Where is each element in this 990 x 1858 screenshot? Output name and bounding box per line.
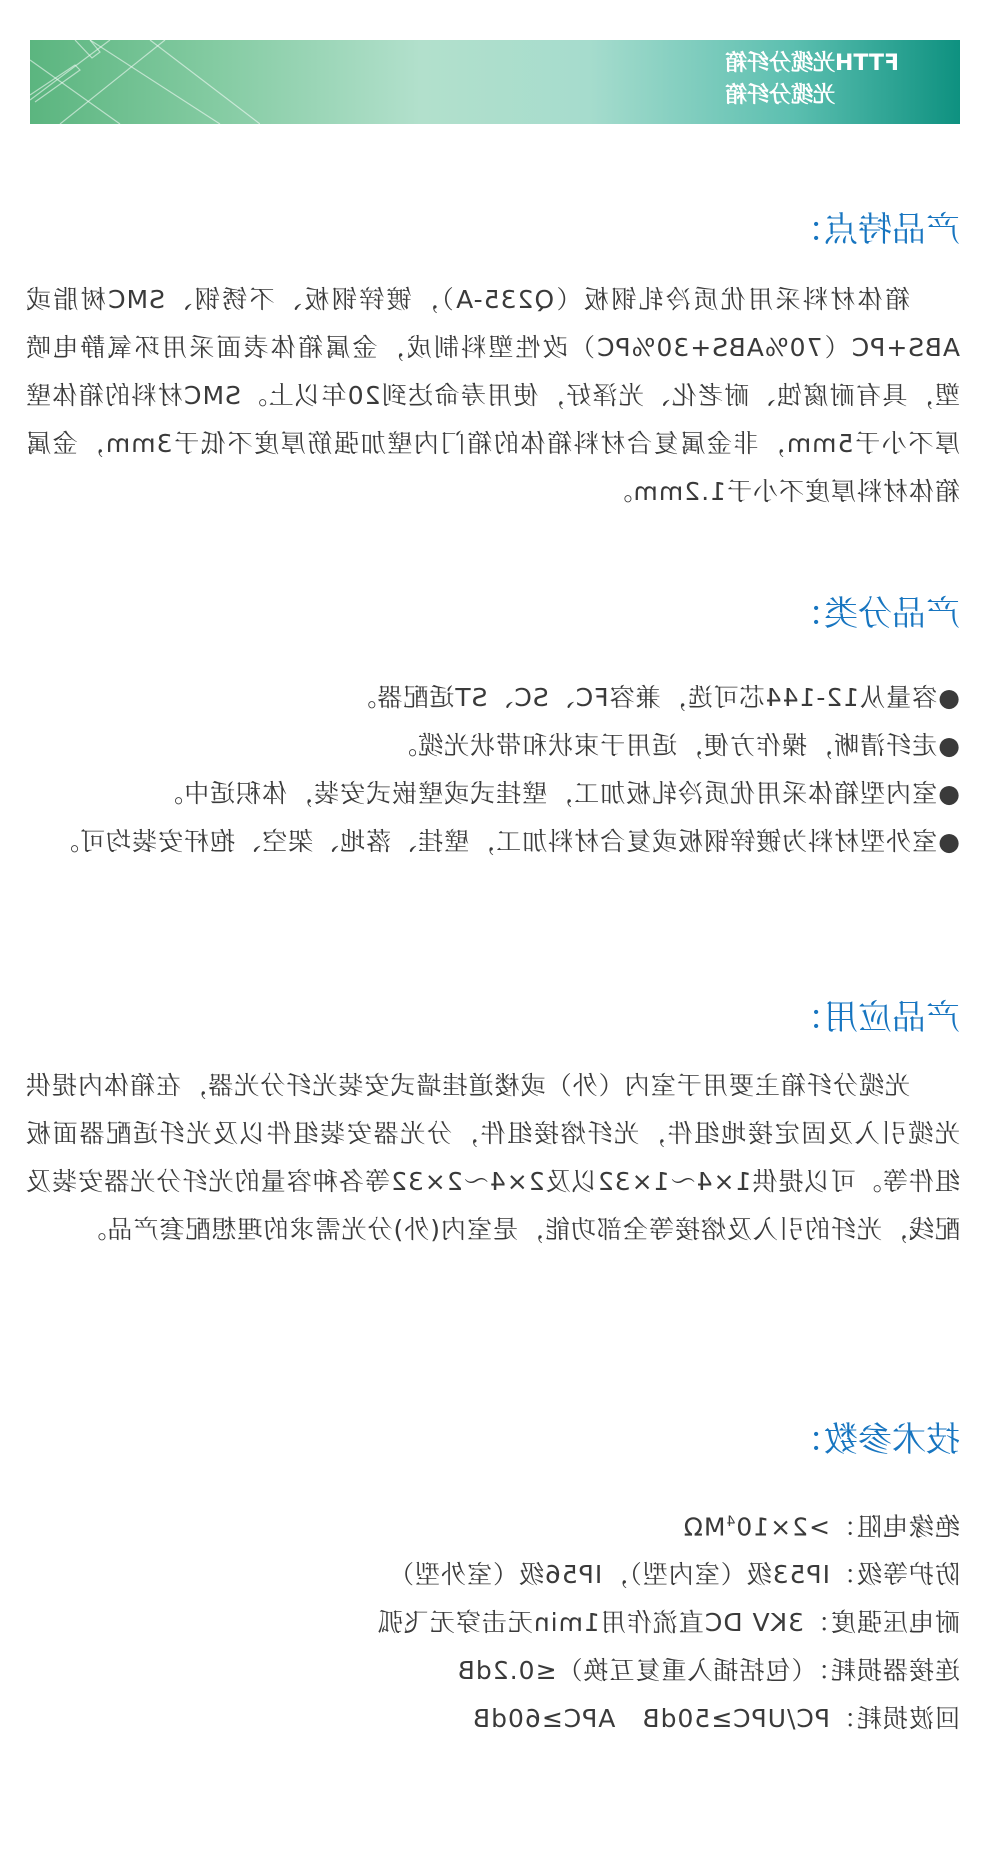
section-title-application: 产品应用： xyxy=(790,996,960,1040)
spec-label: 防护等级： xyxy=(830,1560,960,1589)
features-text: 箱体材料采用优质冷轧钢板（Q235-A），镀锌钢板、不锈钢、SMC树脂或ABS+… xyxy=(25,276,960,516)
spec-row-voltage: 耐电压强度：3KV DC直流作用1min无击穿无飞弧 xyxy=(25,1599,960,1647)
product-page: FTTH光缆分纤箱 光缆分纤箱 产品特点： 箱体材料采用优质冷轧钢板（Q235-… xyxy=(0,0,990,1858)
spec-label: 回波损耗： xyxy=(830,1704,960,1733)
spec-label: 绝缘电阻： xyxy=(830,1512,960,1541)
banner-title: FTTH光缆分纤箱 光缆分纤箱 xyxy=(725,48,940,112)
spec-exponent: 4 xyxy=(725,1514,735,1530)
spec-value: PC/UPC≥50dB APC≥60dB xyxy=(472,1704,830,1733)
spec-unit: MΩ xyxy=(683,1512,726,1541)
list-item: ●容量从12-144芯可选，兼容FC、SC、ST适配器。 xyxy=(25,674,960,722)
spec-value: （包括插入重复互换）≤0.2dB xyxy=(457,1656,804,1685)
section-title-specs: 技术参数： xyxy=(790,1418,960,1462)
spec-value: 3KV DC直流作用1min无击穿无飞弧 xyxy=(377,1608,804,1637)
application-paragraph: 光缆分纤箱主要用于室内（外）或楼道挂墙式安装光纤分光器，在箱体内提供光缆引入及固… xyxy=(25,1062,960,1254)
specs-list: 绝缘电阻：>2×104MΩ 防护等级：IP53级（室内型），IP56级（室外型）… xyxy=(25,1498,960,1743)
spec-value: IP53级（室内型），IP56级（室外型） xyxy=(388,1560,830,1589)
spec-row-return-loss: 回波损耗：PC/UPC≥50dB APC≥60dB xyxy=(25,1695,960,1743)
list-item: ●走纤清晰，操作方便，适用于束状和带状光缆。 xyxy=(25,722,960,770)
spec-row-connector-loss: 连接器损耗：（包括插入重复互换）≤0.2dB xyxy=(25,1647,960,1695)
spec-row-insulation: 绝缘电阻：>2×104MΩ xyxy=(25,1498,960,1551)
application-text: 光缆分纤箱主要用于室内（外）或楼道挂墙式安装光纤分光器，在箱体内提供光缆引入及固… xyxy=(25,1062,960,1254)
spec-label: 耐电压强度： xyxy=(804,1608,960,1637)
spec-row-protection: 防护等级：IP53级（室内型），IP56级（室外型） xyxy=(25,1551,960,1599)
list-item: ●室内型箱体采用优质冷轧板加工，壁挂式或壁嵌式安装，体积适中。 xyxy=(25,770,960,818)
spec-label: 连接器损耗： xyxy=(804,1656,960,1685)
section-title-features: 产品特点： xyxy=(790,208,960,252)
classification-list: ●容量从12-144芯可选，兼容FC、SC、ST适配器。 ●走纤清晰，操作方便，… xyxy=(25,674,960,866)
features-paragraph: 箱体材料采用优质冷轧钢板（Q235-A），镀锌钢板、不锈钢、SMC树脂或ABS+… xyxy=(25,276,960,516)
header-banner: FTTH光缆分纤箱 光缆分纤箱 xyxy=(30,40,960,124)
banner-line-pattern-icon xyxy=(30,40,260,124)
list-item: ●室外型材料为镀锌钢板或复合材料加工，壁挂、落地、架空、抱杆安装均可。 xyxy=(25,818,960,866)
banner-title-line1: FTTH光缆分纤箱 xyxy=(725,48,940,80)
spec-value: >2×10 xyxy=(735,1512,830,1541)
banner-title-line2: 光缆分纤箱 xyxy=(725,80,940,112)
section-title-classification: 产品分类： xyxy=(790,592,960,636)
